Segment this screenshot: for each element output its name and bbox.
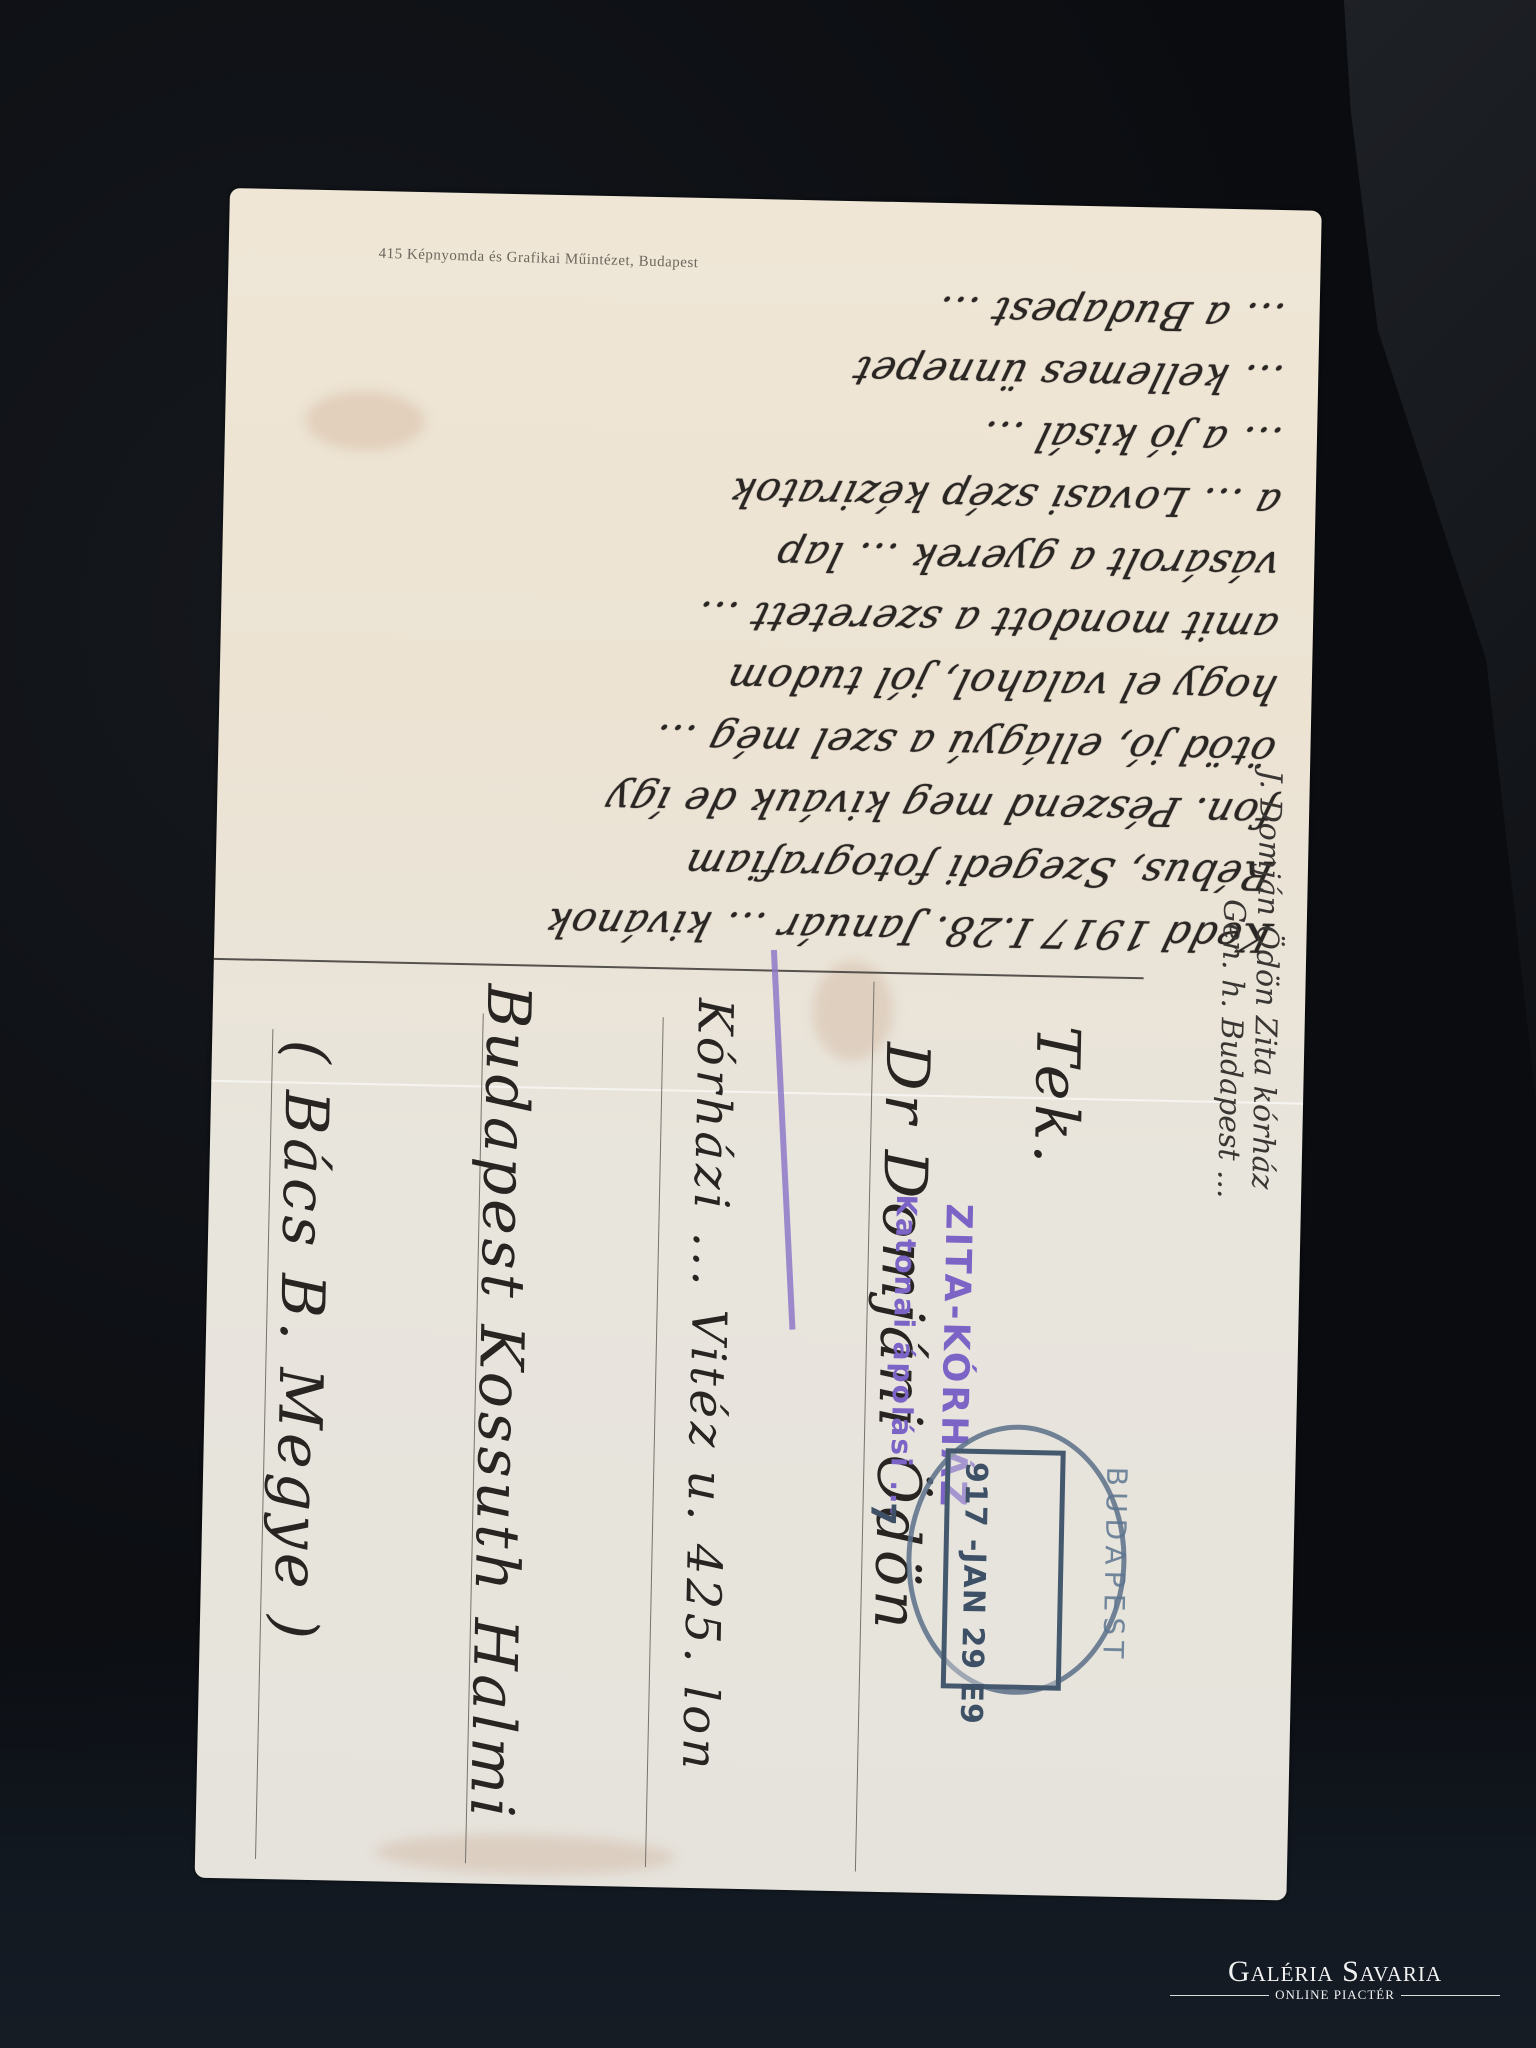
address-line: ( Bács B. Megye ) [260, 1039, 343, 1644]
postmark-city: BUDAPEST [1096, 1467, 1133, 1665]
message-line: Kedd 1917 I.28. Január ... kivánok [245, 893, 1277, 960]
watermark-subtitle-row: ONLINE PIACTÉR [1170, 1987, 1500, 2003]
address-line: Kórházi ... Vitéz u. 425. lon [671, 998, 743, 1774]
watermark-brand: Galéria Savaria [1170, 1955, 1500, 1989]
watermark-subtitle: ONLINE PIACTÉR [1275, 1987, 1395, 2003]
sender-line: J. Domján Ödön Zita kórház [1244, 770, 1288, 1190]
violet-stamp-frame [771, 950, 796, 1330]
divider [1170, 1995, 1269, 1996]
message-line: hogy el valahol, jól tudom [250, 645, 1282, 712]
address-rule [645, 1017, 664, 1867]
message-line: ... a jó kisál ... [255, 397, 1287, 464]
sender-line: Gen. h. Budapest ... [1210, 899, 1251, 1199]
postmark-number: 7 [862, 1502, 902, 1527]
message-line: vásárolt a gyerek ... lap [252, 521, 1284, 588]
message-line: fon. Pészend meg kiváuk de így [247, 769, 1279, 836]
watermark-logo: Galéria Savaria ONLINE PIACTÉR [1170, 1955, 1500, 2003]
message-line: a ... Lovasi szép kéziratok [254, 459, 1286, 526]
message-line: ... a Budapest ... [258, 273, 1290, 340]
address-line: Tek. [1020, 1025, 1093, 1169]
stain [375, 1831, 676, 1877]
message-area: Kedd 1917 I.28. Január ... kivánok Rébus… [214, 188, 1322, 991]
message-line: amit mondott a szeretett ... [251, 583, 1283, 650]
message-line: ötöd jó, ellágyú a szel még ... [248, 707, 1280, 774]
hospital-stamp-subtitle: Katonai ápolási ... [883, 1194, 923, 1519]
address-line: Budapest Kossuth Halmi [456, 983, 544, 1822]
message-line: ... kellemes ünnepet [256, 335, 1288, 402]
divider [1401, 1995, 1500, 1996]
message-line: Rébus, Szegedi fotografiam [246, 831, 1278, 898]
postmark-date: 917 -JAN 29 E9 [953, 1462, 994, 1726]
paper-crease [211, 1080, 1303, 1105]
postcard: 415 Képnyomda és Grafikai Műintézet, Bud… [195, 188, 1322, 1900]
